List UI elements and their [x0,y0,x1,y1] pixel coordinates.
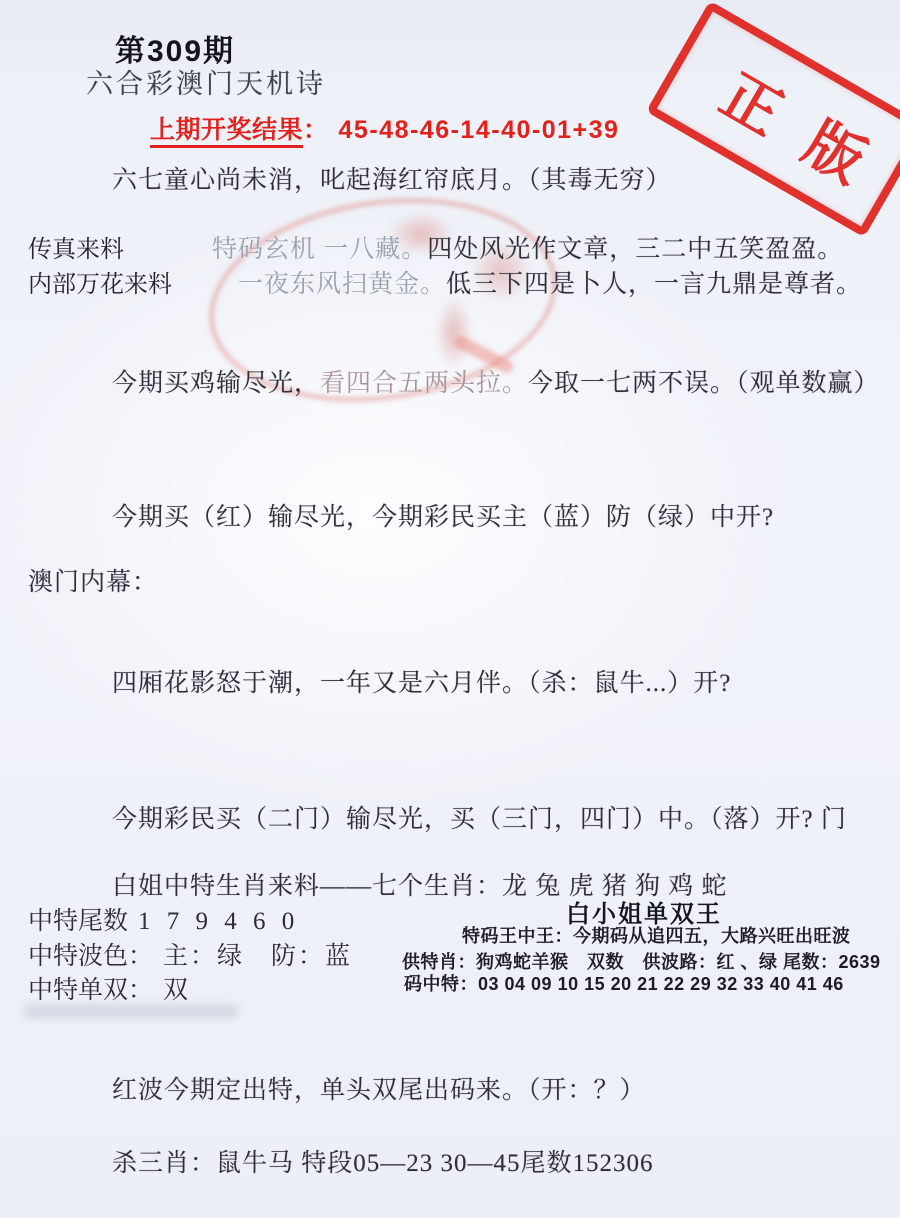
stat-row-odd-even: 中特单双：双 [28,970,193,1006]
poem-line-1: 六七童心尚未消，叱起海红帘底月。（其毒无穷） [112,160,672,196]
watermark-ink-blob [436,296,472,370]
stat-label: 中特单双： [28,977,153,1004]
tip-line-3: 今期彩民买（二门）输尽光，买（三门，四门）中。（落）开? 门 [112,799,847,835]
tip-line-1: 今期买鸡输尽光，看四合五两头拉。今取一七两不误。（观单数赢） [112,363,880,399]
stat-label: 中特尾数 [28,908,128,935]
stat-label: 中特波色： [28,943,153,970]
fax-material-text: 特码玄机 一八藏。四处风光作文章，三二中五笑盈盈。 [212,229,843,265]
internal-material-label: 内部万花来料 [28,264,172,299]
fax-material-label: 传真来料 [28,229,124,264]
last-draw-result-numbers: 45-48-46-14-40-01+39 [339,116,620,144]
fax-material-faint-part: 特码玄机 一八藏。 [212,236,427,263]
tip1-post: 今取一七两不误。（观单数赢） [528,370,880,397]
scan-smudge [24,1004,239,1019]
stat-value: 1 7 9 4 6 0 [138,908,299,935]
last-draw-result-line: 上期开奖结果：45-48-46-14-40-01+39 [150,110,619,146]
internal-material-text: 一夜东风扫黄金。低三下四是卜人，一言九鼎是尊者。 [238,264,862,300]
right-panel-line-numbers: 码中特：03 04 09 10 15 20 21 22 29 32 33 40 … [404,970,844,996]
stat-value: 双 [163,977,193,1004]
right-panel-line-king: 特码王中王：今期码从追四五，大路兴旺出旺波 [462,922,851,948]
fax-material-clear-part: 四处风光作文章，三二中五笑盈盈。 [427,236,843,263]
lottery-tip-sheet: 第309期 六合彩澳门天机诗 上期开奖结果：45-48-46-14-40-01+… [0,0,900,1218]
stat-row-wave-color: 中特波色：主：绿 防：蓝 [28,936,352,972]
internal-material-clear-part: 低三下四是卜人，一言九鼎是尊者。 [446,271,862,298]
stat-value: 主：绿 防：蓝 [163,943,352,970]
genuine-stamp-text: 正版 [691,39,900,218]
last-draw-result-label: 上期开奖结果 [150,116,303,148]
page-title: 六合彩澳门天机诗 [86,62,326,101]
tip-line-4: 红波今期定出特，单头双尾出码来。（开：？） [112,1070,646,1106]
tip1-faint: 看四合五两头拉。 [320,370,528,397]
tip-line-2: 今期买（红）输尽光，今期彩民买主（蓝）防（绿）中开? [112,497,774,533]
stat-row-tail-numbers: 中特尾数1 7 9 4 6 0 [28,901,299,937]
macau-insider-label: 澳门内幕： [28,562,158,598]
tip1-pre: 今期买鸡输尽光， [112,370,320,397]
genuine-stamp: 正版 [646,1,900,238]
internal-material-faint-part: 一夜东风扫黄金。 [238,271,446,298]
poem-line-2: 四厢花影怒于潮，一年又是六月伴。（杀：鼠牛...）开? [112,663,731,699]
last-draw-result-colon: ： [303,116,329,144]
kill-three-zodiac-line: 杀三肖：鼠牛马 特段05—23 30—45尾数152306 [112,1143,654,1179]
